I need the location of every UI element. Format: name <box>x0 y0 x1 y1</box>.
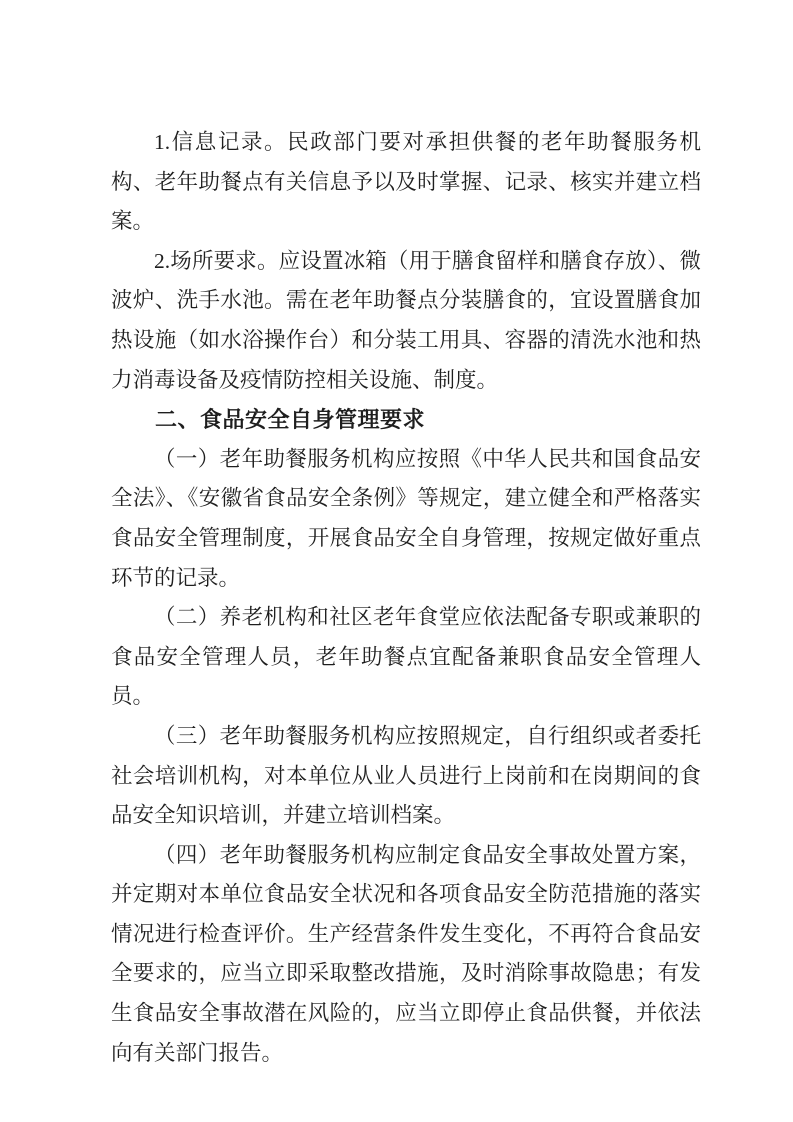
paragraph-site-requirements: 2.场所要求。应设置冰箱（用于膳食留样和膳食存放）、微波炉、洗手水池。需在老年助… <box>111 242 701 400</box>
paragraph-info-records: 1.信息记录。民政部门要对承担供餐的老年助餐服务机构、老年助餐点有关信息予以及时… <box>111 123 701 242</box>
paragraph-item-4: （四）老年助餐服务机构应制定食品安全事故处置方案，并定期对本单位食品安全状况和各… <box>111 836 701 1074</box>
section-heading-food-safety-self-management: 二、食品安全自身管理要求 <box>111 400 701 440</box>
paragraph-item-1: （一）老年助餐服务机构应按照《中华人民共和国食品安全法》、《安徽省食品安全条例》… <box>111 440 701 598</box>
document-page: 1.信息记录。民政部门要对承担供餐的老年助餐服务机构、老年助餐点有关信息予以及时… <box>0 0 793 1122</box>
document-content: 1.信息记录。民政部门要对承担供餐的老年助餐服务机构、老年助餐点有关信息予以及时… <box>111 123 701 1073</box>
paragraph-item-2: （二）养老机构和社区老年食堂应依法配备专职或兼职的食品安全管理人员，老年助餐点宜… <box>111 598 701 717</box>
paragraph-item-3: （三）老年助餐服务机构应按照规定，自行组织或者委托社会培训机构，对本单位从业人员… <box>111 717 701 836</box>
